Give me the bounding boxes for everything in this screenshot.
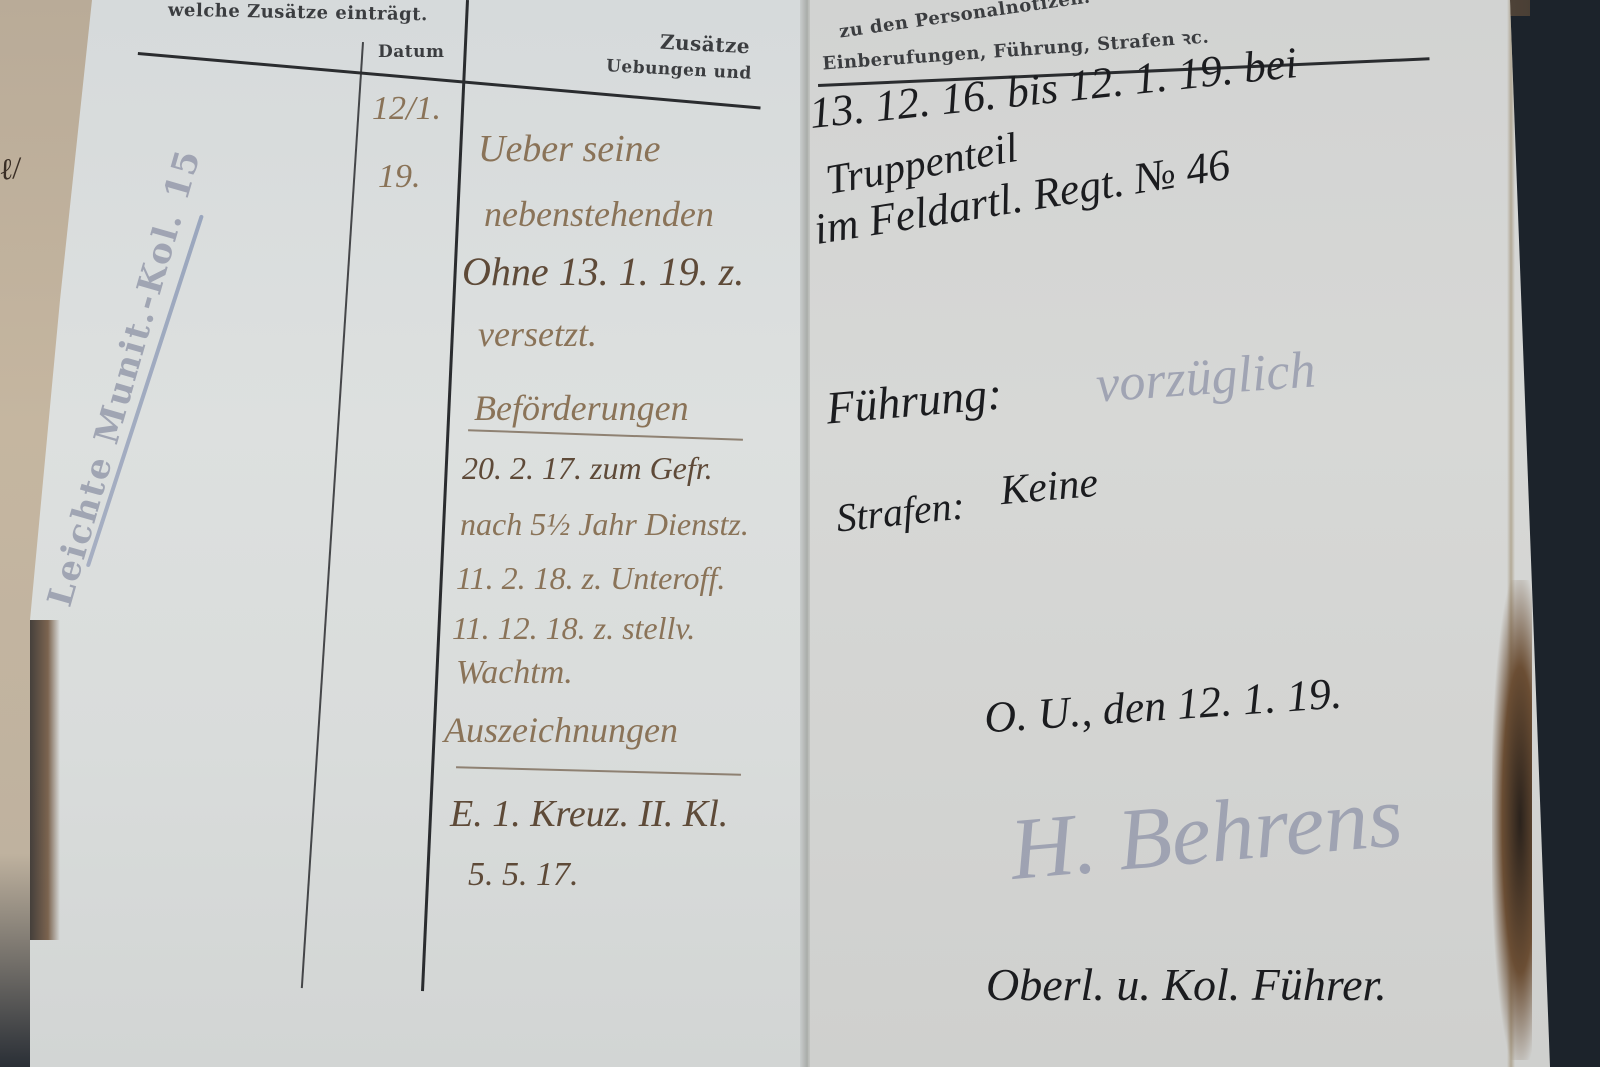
transfer-line-3: Ohne 13. 1. 19. z. — [462, 252, 744, 292]
promotions-heading: Beförderungen — [474, 390, 689, 426]
transfer-line-2: nebenstehenden — [484, 196, 714, 232]
transfer-line-1: Ueber seine — [478, 130, 661, 168]
burn-mark-right — [1492, 580, 1532, 1060]
promotion-line-5: Wachtm. — [456, 656, 573, 690]
left-header-col3-title: Zusätze — [659, 30, 750, 59]
promotion-line-4: 11. 12. 18. z. stellv. — [452, 612, 695, 644]
transfer-line-4: versetzt. — [478, 316, 597, 352]
promotion-line-3: 11. 2. 18. z. Unteroff. — [456, 562, 725, 594]
promotion-line-2: nach 5½ Jahr Dienstz. — [460, 508, 749, 540]
entry-date-line1: 12/1. — [372, 92, 441, 126]
underlying-document-handwriting: ℓ/ — [0, 146, 62, 194]
burn-mark-left — [30, 620, 60, 940]
decorations-heading: Auszeichnungen — [444, 712, 678, 748]
entry-date-line2: 19. — [378, 160, 421, 194]
officer-title: Oberl. u. Kol. Führer. — [986, 962, 1387, 1008]
left-header-date-title: Datum — [378, 42, 444, 62]
promotion-line-1: 20. 2. 17. zum Gefr. — [462, 452, 713, 484]
penalties-value: Keine — [998, 462, 1099, 512]
decoration-line-2: 5. 5. 17. — [468, 858, 579, 892]
decoration-line-1: E. 1. Kreuz. II. Kl. — [450, 795, 728, 833]
